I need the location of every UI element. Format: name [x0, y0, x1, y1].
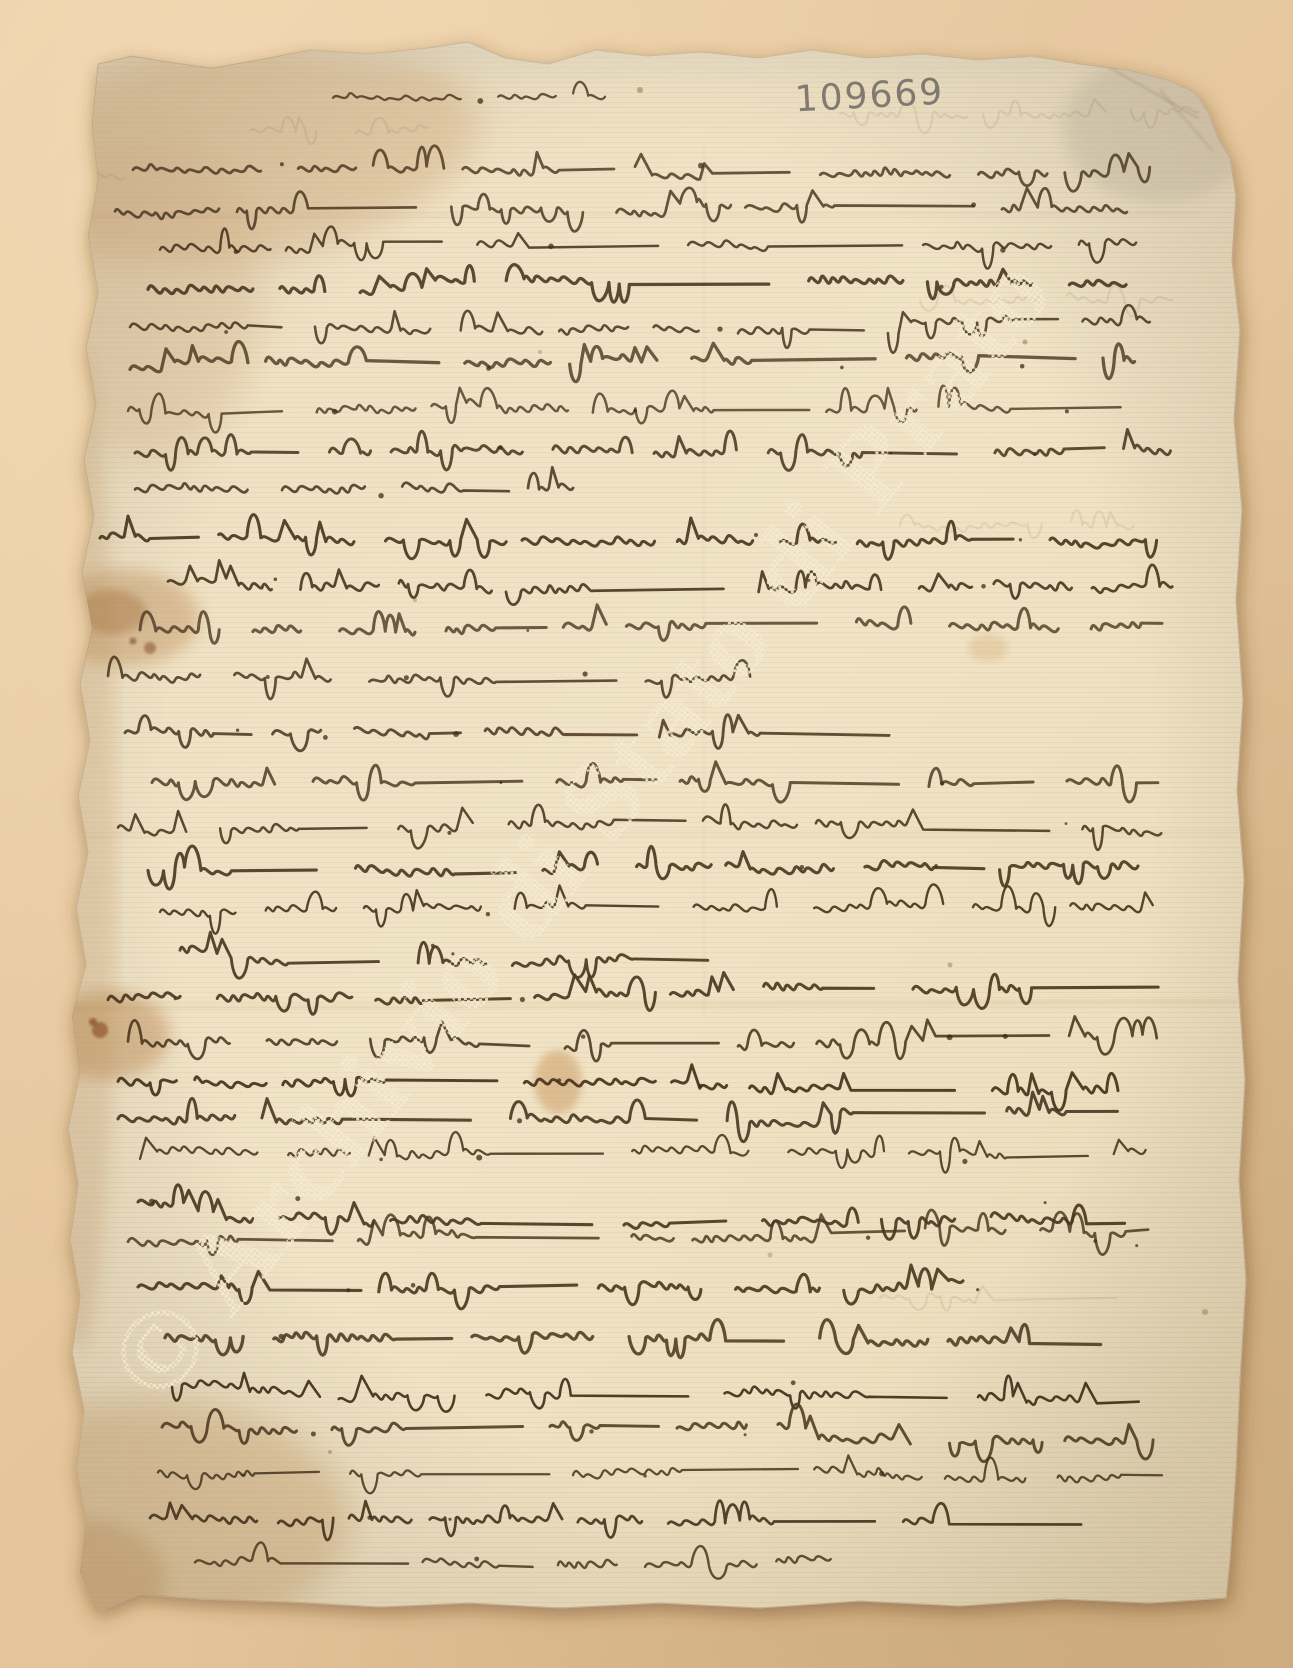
scan-backdrop: 109669 © Archivio di Stato di Prato [0, 0, 1293, 1668]
manuscript-scan: 109669 © Archivio di Stato di Prato [0, 0, 1293, 1668]
paper-vignette [60, 35, 1255, 1630]
